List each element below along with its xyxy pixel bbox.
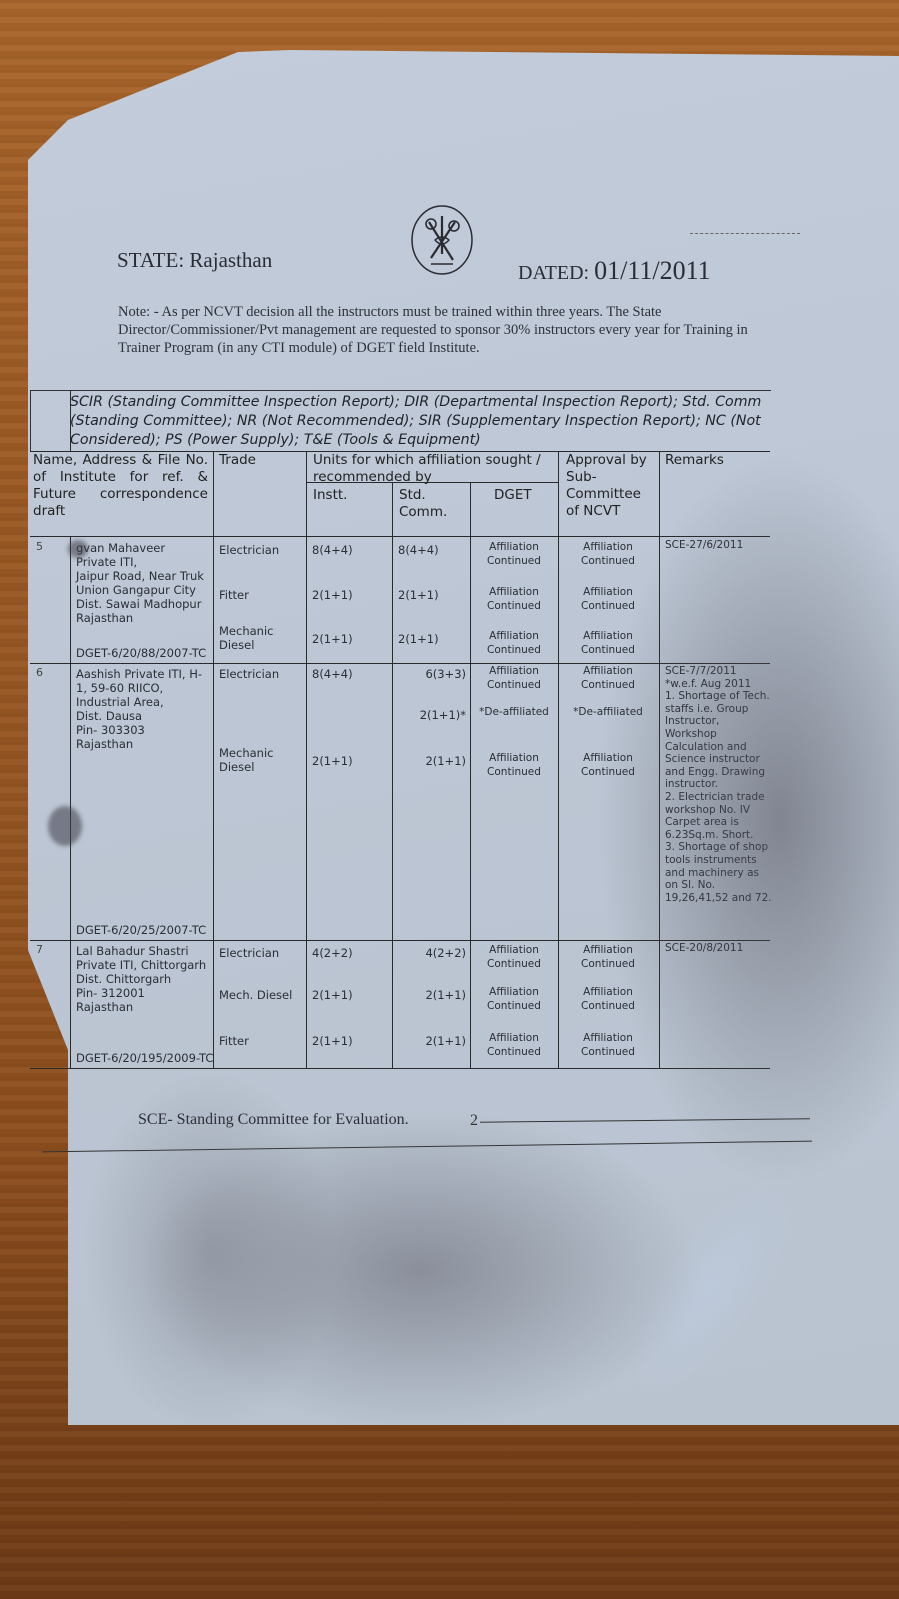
- approval-status: Affiliation Continued: [558, 1032, 658, 1059]
- column-header-dget: DGET: [494, 487, 532, 504]
- approval-status: Affiliation Continued: [558, 630, 658, 657]
- institute-name-address: Aashish Private ITI, H-1, 59-60 RIICO,In…: [76, 667, 211, 751]
- units-instt: 2(1+1): [312, 588, 353, 602]
- dget-status: Affiliation Continued: [470, 541, 558, 568]
- trade-name: Mechanic Diesel: [219, 746, 304, 774]
- approval-status: *De-affiliated: [558, 706, 658, 720]
- units-std-comm: 2(1+1): [392, 588, 472, 602]
- units-std-comm: 2(1+1): [392, 988, 466, 1002]
- dget-status: Affiliation Continued: [470, 665, 558, 692]
- remarks-text: SCE-20/8/2011: [665, 942, 773, 955]
- column-header-std-comm: Std. Comm.: [399, 487, 459, 521]
- units-instt: 4(2+2): [312, 946, 353, 960]
- dget-status: Affiliation Continued: [470, 986, 558, 1013]
- remarks-text: SCE-7/7/2011 *w.e.f. Aug 2011 1. Shortag…: [665, 665, 773, 904]
- approval-status: Affiliation Continued: [558, 665, 658, 692]
- dated-label: DATED:: [518, 262, 589, 284]
- divider: [213, 451, 214, 1068]
- units-std-comm: 2(1+1)*: [392, 708, 466, 722]
- approval-status: Affiliation Continued: [558, 752, 658, 779]
- address-line: Pin- 312001: [76, 986, 211, 1000]
- divider: [306, 451, 307, 1068]
- address-line: Industrial Area,: [76, 695, 211, 709]
- units-instt: 2(1+1): [312, 632, 353, 646]
- ink-smudge: [48, 806, 82, 846]
- units-instt: 8(4+4): [312, 543, 353, 557]
- address-line: Rajasthan: [76, 737, 211, 751]
- address-line: Dist. Chittorgarh: [76, 972, 211, 986]
- ink-smudge: [68, 540, 88, 558]
- address-line: Pin- 303303: [76, 723, 211, 737]
- institute-name-address: gvan MahaveerPrivate ITI,Jaipur Road, Ne…: [76, 541, 211, 625]
- divider: [558, 451, 559, 1068]
- divider: [659, 451, 660, 1068]
- address-line: Dist. Sawai Madhopur: [76, 597, 211, 611]
- address-line: Dist. Dausa: [76, 709, 211, 723]
- trade-name: Electrician: [219, 946, 304, 960]
- address-line: Lal Bahadur Shastri: [76, 944, 211, 958]
- trade-name: Mech. Diesel: [219, 988, 304, 1002]
- file-number: DGET-6/20/25/2007-TC: [76, 923, 216, 937]
- address-line: Private ITI, Chittorgarh: [76, 958, 211, 972]
- address-line: Rajasthan: [76, 611, 211, 625]
- column-header-name: Name, Address & File No. of Institute fo…: [33, 452, 208, 520]
- ncvt-emblem-icon: [409, 204, 475, 276]
- file-number: DGET-6/20/195/2009-TC: [76, 1051, 216, 1065]
- institute-name-address: Lal Bahadur ShastriPrivate ITI, Chittorg…: [76, 944, 211, 1014]
- address-line: Private ITI,: [76, 555, 211, 569]
- address-line: gvan Mahaveer: [76, 541, 211, 555]
- address-line: Jaipur Road, Near Truk: [76, 569, 211, 583]
- units-instt: 2(1+1): [312, 754, 353, 768]
- trade-name: Fitter: [219, 1034, 304, 1048]
- document-date: DATED: 01/11/2011: [518, 256, 711, 286]
- serial-number: 7: [36, 943, 43, 956]
- dget-status: *De-affiliated: [470, 706, 558, 720]
- trade-name: Electrician: [219, 543, 304, 557]
- dated-value: 01/11/2011: [594, 256, 711, 285]
- trade-name: Electrician: [219, 667, 304, 681]
- dget-status: Affiliation Continued: [470, 586, 558, 613]
- approval-status: Affiliation Continued: [558, 541, 658, 568]
- divider: [30, 1068, 770, 1069]
- address-line: Rajasthan: [76, 1000, 211, 1014]
- dget-status: Affiliation Continued: [470, 630, 558, 657]
- column-header-approval: Approval by Sub-Committee of NCVT: [566, 452, 656, 520]
- abbreviations-legend: SCIR (Standing Committee Inspection Repo…: [70, 393, 770, 450]
- divider: [392, 482, 393, 1068]
- units-instt: 2(1+1): [312, 988, 353, 1002]
- page-number: 2: [470, 1112, 478, 1130]
- units-instt: 2(1+1): [312, 1034, 353, 1048]
- trade-name: Mechanic Diesel: [219, 624, 304, 652]
- divider: [470, 482, 471, 1068]
- divider: [690, 233, 800, 234]
- units-std-comm: 2(1+1): [392, 632, 472, 646]
- column-header-trade: Trade: [219, 452, 256, 469]
- units-std-comm: 2(1+1): [392, 754, 466, 768]
- serial-number: 6: [36, 666, 43, 679]
- remarks-text: SCE-27/6/2011: [665, 539, 773, 552]
- approval-status: Affiliation Continued: [558, 986, 658, 1013]
- dget-status: Affiliation Continued: [470, 1032, 558, 1059]
- dget-status: Affiliation Continued: [470, 752, 558, 779]
- column-header-instt: Instt.: [313, 487, 347, 504]
- serial-number: 5: [36, 540, 43, 553]
- file-number: DGET-6/20/88/2007-TC: [76, 646, 216, 660]
- column-header-remarks: Remarks: [665, 452, 724, 469]
- note-paragraph: Note: - As per NCVT decision all the ins…: [118, 303, 748, 357]
- units-std-comm: 8(4+4): [392, 543, 472, 557]
- units-std-comm: 6(3+3): [392, 667, 466, 681]
- divider: [70, 537, 71, 1068]
- trade-name: Fitter: [219, 588, 304, 602]
- units-instt: 8(4+4): [312, 667, 353, 681]
- units-std-comm: 4(2+2): [392, 946, 466, 960]
- dget-status: Affiliation Continued: [470, 944, 558, 971]
- address-line: Aashish Private ITI, H-: [76, 667, 211, 681]
- column-header-units: Units for which affiliation sought / rec…: [313, 452, 558, 486]
- state-label: STATE: Rajasthan: [117, 248, 272, 273]
- footer-note: SCE- Standing Committee for Evaluation.: [138, 1111, 409, 1129]
- address-line: 1, 59-60 RIICO,: [76, 681, 211, 695]
- units-std-comm: 2(1+1): [392, 1034, 466, 1048]
- approval-status: Affiliation Continued: [558, 586, 658, 613]
- divider: [70, 390, 71, 452]
- approval-status: Affiliation Continued: [558, 944, 658, 971]
- address-line: Union Gangapur City: [76, 583, 211, 597]
